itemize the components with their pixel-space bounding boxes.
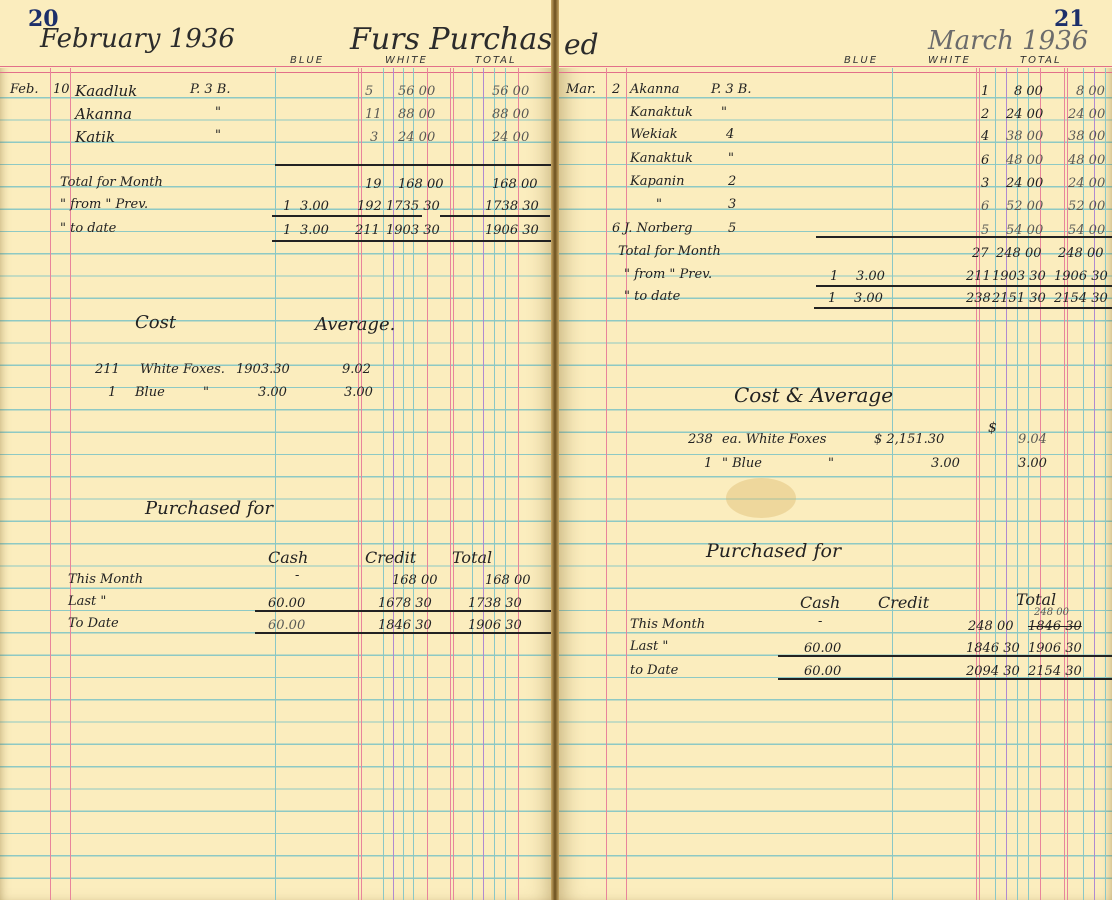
total-column-rule [1064,68,1065,900]
entry-total: 24 00 [492,130,529,145]
date-column-rule [50,68,51,900]
entry-white-qty: 3 [981,176,989,191]
summary-rule [814,307,1112,309]
purchased-credit: 1846 30 [378,618,432,633]
cost-average: 3.00 [344,385,373,400]
purchased-label: to Date [630,663,678,678]
entry-total: 88 00 [492,107,529,122]
purchased-total: 1906 30 [1028,641,1082,656]
purchased-rule [255,610,553,612]
purchased-label: Last " [630,639,668,654]
entry-total: 52 00 [1068,199,1105,214]
cost-ditto: " [203,385,209,400]
cost-qty: 211 [95,362,120,377]
entry-white-qty: 2 [981,107,989,122]
entry-white-amt: 24 00 [398,130,435,145]
entry-white-qty: 11 [365,107,382,122]
entry-white-amt: 8 00 [1014,84,1043,99]
summary-blue-qty: 1 [283,199,291,214]
cost-average: 9.04 [1018,432,1047,447]
summary-blue-qty: 1 [828,291,836,306]
summary-label: Total for Month [60,175,163,190]
summary-label: Total for Month [618,244,721,259]
purchased-total: 168 00 [485,573,531,588]
purchased-total-struck: 1846 30 [1028,619,1082,634]
column-header-blue: BLUE [290,55,324,66]
summary-rule [440,215,550,217]
purchased-rule [778,678,1112,680]
purchased-heading: Purchased for [145,498,273,519]
cost-average: 3.00 [1018,456,1047,471]
month-heading: February 1936 [40,24,235,54]
summary-white-amt: 248 00 [996,246,1042,261]
purchased-rule [778,655,1112,657]
entry-white-amt: 56 00 [398,84,435,99]
entry-name: " [656,197,662,212]
summary-white-qty: 19 [365,177,382,192]
summary-total: 1738 30 [485,199,539,214]
total-amt-rule [1083,68,1084,900]
purchased-cash: 60.00 [804,664,841,679]
ledger-page-right: 21 ed March 1936 BLUE WHITE TOTAL Mar. 2… [556,0,1112,900]
summary-blue-qty: 1 [283,223,291,238]
summary-total: 248 00 [1058,246,1104,261]
purchased-cash: - [818,614,822,629]
total-amt-rule [483,68,484,900]
entry-total: 24 00 [1068,176,1105,191]
entry-white-amt: 52 00 [1006,199,1043,214]
purchased-cash: - [295,568,299,583]
subtotal-rule [816,236,1112,238]
white-column-rule [361,68,362,900]
summary-label: " to date [624,289,680,304]
book-spine [551,0,559,900]
entry-white-amt: 88 00 [398,107,435,122]
white-amt-rule [393,68,394,900]
column-header-total: TOTAL [1020,55,1062,66]
entry-name: Kanaktuk [630,151,693,166]
white-amt-rule [1006,68,1007,900]
summary-blue-amt: 3.00 [856,269,885,284]
total-amt-rule [494,68,495,900]
summary-blue-amt: 3.00 [854,291,883,306]
purchased-header-cash: Cash [268,548,308,567]
entry-name: Kaadluk [75,82,137,100]
purchased-cash: 60.00 [268,596,305,611]
entry-name: Akanna [630,82,680,97]
dollar-sign: $ [988,420,997,436]
purchased-label: This Month [68,572,143,587]
entry-name: Akanna [75,105,132,123]
cost-desc: " Blue [722,456,762,471]
entry-white-amt: 24 00 [1006,176,1043,191]
purchased-header-total: Total [452,548,492,567]
paper-stain [726,478,796,518]
summary-white-amt: 1903 30 [992,269,1046,284]
white-column-rule [979,68,980,900]
cost-amount: 1903.30 [236,362,290,377]
entry-ref: 4 [726,127,734,142]
summary-white-qty: 211 [966,269,991,284]
entry-day: 6 [612,221,620,236]
total-amt-rule [1094,68,1095,900]
cost-qty: 238 [688,432,713,447]
summary-white-qty: 192 [357,199,382,214]
entry-total: 38 00 [1068,129,1105,144]
entry-white-qty: 6 [981,199,989,214]
entry-total: 24 00 [1068,107,1105,122]
entry-ref: " [215,105,221,120]
summary-total: 1906 30 [1054,269,1108,284]
entry-ref: " [728,151,734,166]
ledger-title: Furs Purchas [350,22,553,57]
purchased-header-credit: Credit [878,593,929,612]
entry-day: 2 [612,82,620,97]
purchased-header-credit: Credit [365,548,416,567]
entry-month: Feb. [10,82,38,97]
purchased-credit: 248 00 [968,619,1014,634]
average-heading: Average. [315,314,395,335]
purchased-credit: 2094 30 [966,664,1020,679]
total-column-rule [453,68,454,900]
white-amt-rule [403,68,404,900]
column-header-white: WHITE [928,55,971,66]
white-column-rule [358,68,359,900]
cost-desc: Blue [135,385,165,400]
summary-label: " from " Prev. [60,197,148,212]
entry-name: Katik [75,128,115,146]
entry-ref: 2 [728,174,736,189]
cost-desc: White Foxes. [140,362,225,377]
entry-name: Kapanin [630,174,684,189]
purchased-header-cash: Cash [800,593,840,612]
blue-column-rule [275,68,276,900]
cost-amount: 3.00 [931,456,960,471]
date-column-rule [70,68,71,900]
purchased-label: To Date [68,616,119,631]
summary-white-qty: 211 [355,223,380,238]
summary-white-qty: 238 [966,291,991,306]
entry-white-qty: 5 [365,84,373,99]
purchased-rule [255,632,553,634]
entry-day: 10 [53,82,70,97]
ledger-title: ed [564,28,599,61]
summary-total: 2154 30 [1054,291,1108,306]
cost-desc: ea. White Foxes [722,432,826,447]
entry-white-qty: 6 [981,153,989,168]
column-header-total: TOTAL [475,55,517,66]
summary-label: " to date [60,221,116,236]
purchased-total: 2154 30 [1028,664,1082,679]
entry-total: 48 00 [1068,153,1105,168]
entry-ref: P. 3 B. [711,82,751,97]
entry-name: Kanaktuk [630,105,693,120]
summary-blue-amt: 3.00 [300,223,329,238]
entry-white-amt: 24 00 [1006,107,1043,122]
summary-total: 1906 30 [485,223,539,238]
column-header-blue: BLUE [844,55,878,66]
entry-white-amt: 38 00 [1006,129,1043,144]
date-column-rule [606,68,607,900]
purchased-cash: 60.00 [804,641,841,656]
entry-name: Wekiak [630,127,678,142]
entry-ref: " [215,128,221,143]
subtotal-rule [275,164,555,166]
white-amt-rule [413,68,414,900]
cost-amount: 3.00 [258,385,287,400]
entry-ref: 3 [728,197,736,212]
column-header-white: WHITE [385,55,428,66]
entry-month: Mar. [566,82,596,97]
entry-white-qty: 3 [370,130,378,145]
cost-amount: $ 2,151.30 [874,432,944,447]
entry-total: 56 00 [492,84,529,99]
entry-total: 8 00 [1076,84,1105,99]
white-amt-rule [1017,68,1018,900]
cost-qty: 1 [704,456,712,471]
ledger-page-left: 20 February 1936 Furs Purchas BLUE WHITE… [0,0,556,900]
white-column-rule [976,68,977,900]
total-column-rule [1067,68,1068,900]
cost-average-heading: Cost & Average [734,383,893,407]
entry-ref: P. 3 B. [190,82,230,97]
summary-white-qty: 27 [972,246,989,261]
white-amt-rule [1028,68,1029,900]
purchased-label: Last " [68,594,106,609]
summary-blue-qty: 1 [830,269,838,284]
entry-ref: 5 [728,221,736,236]
total-amt-rule [1105,68,1106,900]
summary-white-amt: 2151 30 [992,291,1046,306]
cost-heading: Cost [135,312,176,333]
purchased-total: 1906 30 [468,618,522,633]
purchased-credit: 1846 30 [966,641,1020,656]
entry-name: J. Norberg [624,221,692,236]
entry-white-amt: 48 00 [1006,153,1043,168]
summary-total: 168 00 [492,177,538,192]
white-qty-rule [383,68,384,900]
purchased-heading: Purchased for [706,540,841,562]
purchased-credit: 1678 30 [378,596,432,611]
summary-rule [272,240,552,242]
purchased-total: 1738 30 [468,596,522,611]
white-cents-rule [1040,68,1041,900]
summary-white-amt: 1903 30 [386,223,440,238]
cost-average: 9.02 [342,362,371,377]
purchased-credit: 168 00 [392,573,438,588]
summary-label: " from " Prev. [624,267,712,282]
date-column-rule [626,68,627,900]
total-amt-rule [505,68,506,900]
summary-white-amt: 168 00 [398,177,444,192]
entry-ref: " [721,105,727,120]
blue-column-rule [892,68,893,900]
total-column-rule [450,68,451,900]
cost-ditto: " [828,456,834,471]
summary-white-amt: 1735 30 [386,199,440,214]
entry-white-qty: 4 [981,129,989,144]
summary-rule [272,215,422,217]
entry-white-qty: 1 [981,84,989,99]
summary-blue-amt: 3.00 [300,199,329,214]
purchased-total-correction: 248 00 [1034,607,1069,618]
total-cents-rule [518,68,519,900]
cost-qty: 1 [108,385,116,400]
month-heading: March 1936 [928,26,1088,56]
white-cents-rule [427,68,428,900]
summary-rule [816,285,1112,287]
total-amt-rule [472,68,473,900]
white-qty-rule [995,68,996,900]
purchased-label: This Month [630,617,705,632]
purchased-cash: 60.00 [268,618,305,633]
